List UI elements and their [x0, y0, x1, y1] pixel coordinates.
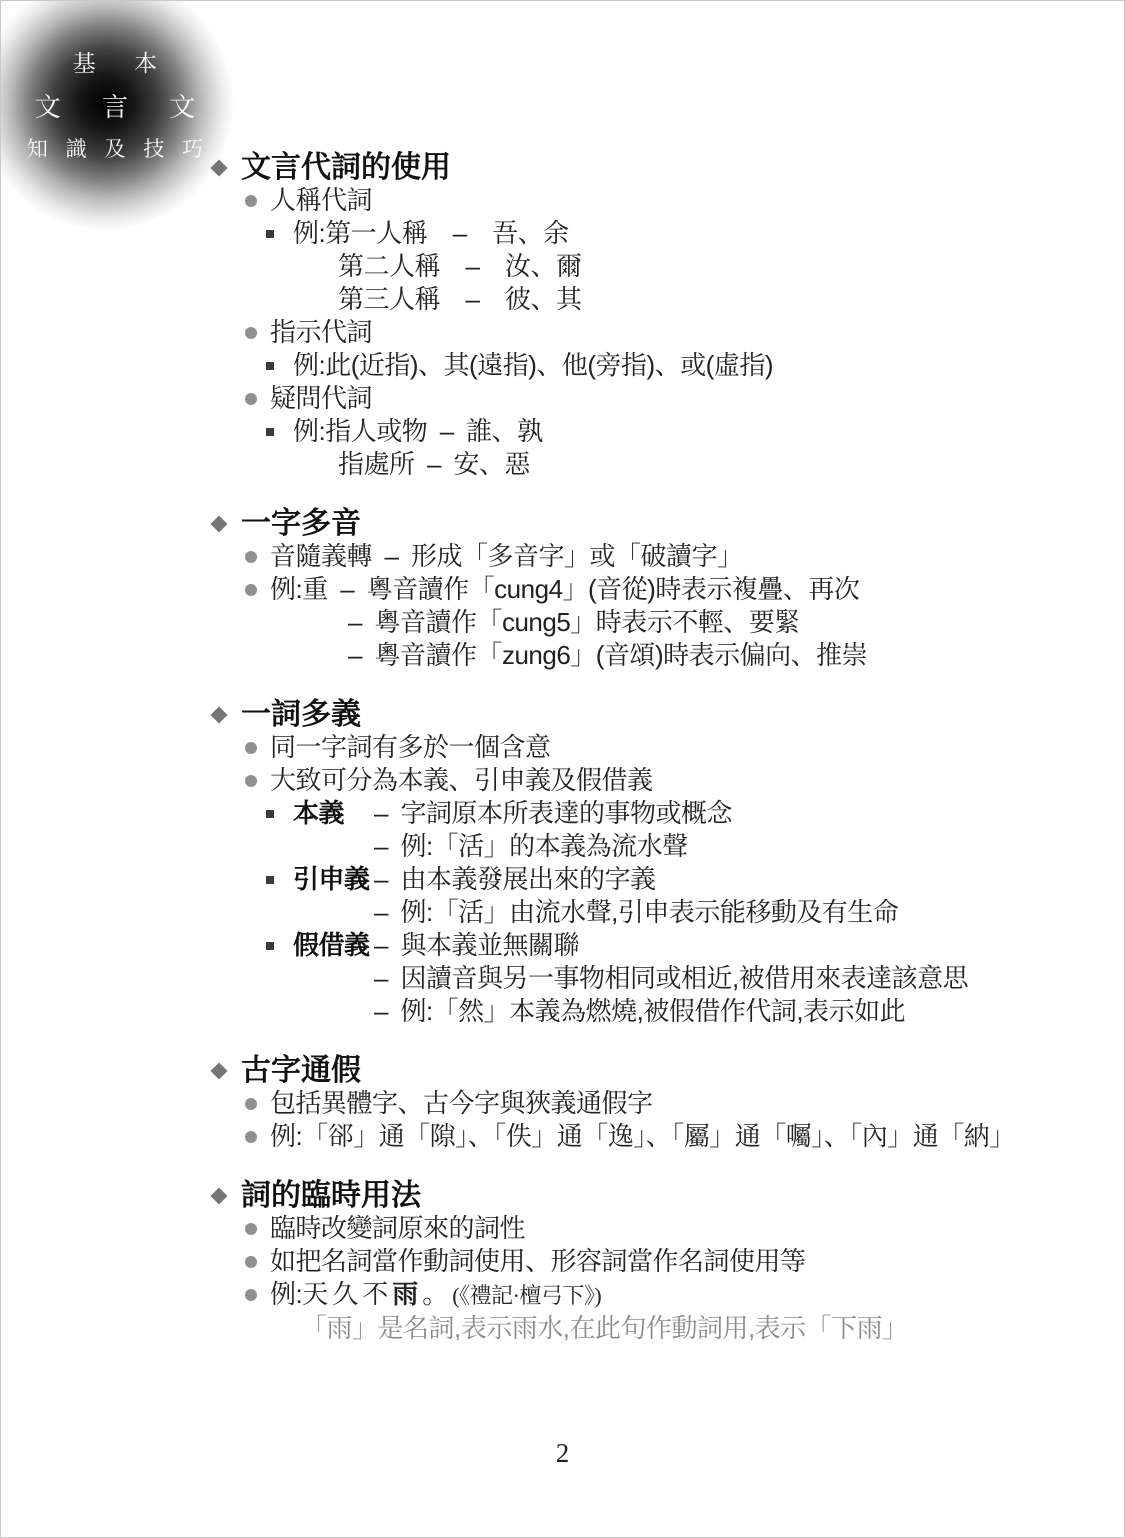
circle-bullet-icon [245, 1278, 270, 1311]
line-text: – 例:「然」本義為燃燒,被假借作代詞,表示如此 [374, 995, 905, 1028]
text-part: 雨 [392, 1280, 422, 1309]
line-text: 一字多音 [241, 507, 361, 540]
outline-item: 例:重 – 粵音讀作「cung4」(音從)時表示複疊、再次 [211, 573, 1015, 606]
text-part: 例: [270, 1279, 302, 1309]
diamond-bullet-icon [213, 698, 241, 731]
line-text: 指示代詞 [270, 316, 372, 349]
diamond-bullet-icon [213, 151, 241, 184]
document-page: 基 本 文 言 文 知 識 及 技 巧 文言代詞的使用人稱代詞例:第一人稱 – … [0, 0, 1125, 1538]
circle-bullet-icon [245, 382, 270, 415]
term-label: 引申義 [293, 863, 374, 896]
square-bullet-icon [266, 797, 293, 830]
circle-bullet-icon [245, 1245, 270, 1278]
outline-item: 例:天久不雨。(《禮記·檀弓下》) [211, 1278, 1015, 1312]
outline-content: 文言代詞的使用人稱代詞例:第一人稱 – 吾、余第二人稱 – 汝、爾第三人稱 – … [211, 151, 1015, 1371]
logo-title-line: 文 言 文 [18, 87, 212, 124]
line-text: 同一字詞有多於一個含意 [270, 731, 551, 764]
line-text: 如把名詞當作動詞使用、形容詞當作名詞使用等 [270, 1245, 806, 1278]
line-text: – 由本義發展出來的字義 [374, 863, 655, 896]
line-text: – 例:「活」的本義為流水聲 [374, 830, 688, 863]
outline-term-item: 假借義– 與本義並無關聯 [211, 929, 1015, 962]
line-text: 第三人稱 – 彼、其 [338, 283, 581, 316]
text-part: 天久不 [302, 1280, 392, 1309]
line-text: – 例:「活」由流水聲,引申表示能移動及有生命 [374, 896, 898, 929]
circle-bullet-icon [245, 1212, 270, 1245]
outline-item: 指示代詞 [211, 316, 1015, 349]
outline-item: 包括異體字、古今字與狹義通假字 [211, 1087, 1015, 1120]
circle-bullet-icon [245, 184, 270, 217]
outline-heading: 古字通假 [211, 1054, 1015, 1087]
square-bullet-icon [266, 349, 293, 382]
text-part: 。 [422, 1280, 452, 1309]
line-text: – 因讀音與另一事物相同或相近,被借用來表達該意思 [374, 962, 980, 995]
outline-continuation: 第三人稱 – 彼、其 [338, 283, 1015, 316]
line-text: 詞的臨時用法 [241, 1179, 421, 1212]
outline-item: 疑問代詞 [211, 382, 1015, 415]
outline-continuation: – 粵音讀作「cung5」時表示不輕、要緊 [348, 606, 1015, 639]
line-text: 古字通假 [241, 1054, 361, 1087]
outline-continuation: – 粵音讀作「zung6」(音頌)時表示偏向、推崇 [348, 639, 1015, 672]
outline-section: 詞的臨時用法臨時改變詞原來的詞性如把名詞當作動詞使用、形容詞當作名詞使用等例:天… [211, 1179, 1015, 1345]
circle-bullet-icon [245, 316, 270, 349]
line-text: 文言代詞的使用 [241, 151, 451, 184]
logo-title-line: 知 識 及 技 巧 [21, 133, 209, 163]
term-label: 假借義 [293, 929, 374, 962]
line-text: 第二人稱 – 汝、爾 [338, 250, 581, 283]
circle-bullet-icon [245, 1087, 270, 1120]
line-text: 人稱代詞 [270, 184, 372, 217]
circle-bullet-icon [245, 540, 270, 573]
line-text: 「雨」是名詞,表示雨水,在此句作動詞用,表示「下雨」 [301, 1312, 908, 1345]
line-text: 指處所 – 安、惡 [338, 448, 530, 481]
circle-bullet-icon [245, 1120, 270, 1153]
line-text: 例:第一人稱 – 吾、余 [293, 217, 569, 250]
line-text: – 與本義並無關聯 [374, 929, 579, 962]
line-text: 大致可分為本義、引申義及假借義 [270, 764, 653, 797]
logo-title-line: 基 本 [57, 45, 173, 78]
outline-item: 如把名詞當作動詞使用、形容詞當作名詞使用等 [211, 1245, 1015, 1278]
outline-continuation: – 例:「活」由流水聲,引申表示能移動及有生命 [374, 896, 1015, 929]
outline-continuation: – 例:「然」本義為燃燒,被假借作代詞,表示如此 [374, 995, 1015, 1028]
outline-example: 例:指人或物 – 誰、孰 [211, 415, 1015, 448]
square-bullet-icon [266, 217, 293, 250]
outline-section: 一詞多義同一字詞有多於一個含意大致可分為本義、引申義及假借義本義– 字詞原本所表… [211, 698, 1015, 1028]
outline-item: 大致可分為本義、引申義及假借義 [211, 764, 1015, 797]
line-text: 例:天久不雨。(《禮記·檀弓下》) [270, 1278, 601, 1312]
diamond-bullet-icon [213, 1054, 241, 1087]
outline-example: 例:第一人稱 – 吾、余 [211, 217, 1015, 250]
outline-continuation: 第二人稱 – 汝、爾 [338, 250, 1015, 283]
outline-term-item: 引申義– 由本義發展出來的字義 [211, 863, 1015, 896]
outline-item: 同一字詞有多於一個含意 [211, 731, 1015, 764]
circle-bullet-icon [245, 764, 270, 797]
line-text: – 字詞原本所表達的事物或概念 [374, 797, 732, 830]
outline-note: 「雨」是名詞,表示雨水,在此句作動詞用,表示「下雨」 [301, 1312, 1015, 1345]
line-text: 一詞多義 [241, 698, 361, 731]
diamond-bullet-icon [213, 507, 241, 540]
outline-heading: 文言代詞的使用 [211, 151, 1015, 184]
term-label: 本義 [293, 797, 374, 830]
circle-bullet-icon [245, 731, 270, 764]
square-bullet-icon [266, 863, 293, 896]
outline-item: 臨時改變詞原來的詞性 [211, 1212, 1015, 1245]
outline-term-item: 本義– 字詞原本所表達的事物或概念 [211, 797, 1015, 830]
line-text: – 粵音讀作「zung6」(音頌)時表示偏向、推崇 [348, 639, 867, 672]
outline-section: 古字通假包括異體字、古今字與狹義通假字例:「郤」通「隙」、「佚」通「逸」、「屬」… [211, 1054, 1015, 1153]
diamond-bullet-icon [213, 1179, 241, 1212]
line-text: 例:指人或物 – 誰、孰 [293, 415, 543, 448]
outline-item: 音隨義轉 – 形成「多音字」或「破讀字」 [211, 540, 1015, 573]
outline-example: 例:此(近指)、其(遠指)、他(旁指)、或(虛指) [211, 349, 1015, 382]
square-bullet-icon [266, 929, 293, 962]
line-text: 音隨義轉 – 形成「多音字」或「破讀字」 [270, 540, 742, 573]
line-text: – 粵音讀作「cung5」時表示不輕、要緊 [348, 606, 800, 639]
outline-item: 人稱代詞 [211, 184, 1015, 217]
line-text: 例:重 – 粵音讀作「cung4」(音從)時表示複疊、再次 [270, 573, 859, 606]
text-part: (《禮記·檀弓下》) [452, 1283, 601, 1308]
outline-continuation: – 因讀音與另一事物相同或相近,被借用來表達該意思 [374, 962, 1015, 995]
circle-bullet-icon [245, 573, 270, 606]
outline-continuation: – 例:「活」的本義為流水聲 [374, 830, 1015, 863]
outline-section: 文言代詞的使用人稱代詞例:第一人稱 – 吾、余第二人稱 – 汝、爾第三人稱 – … [211, 151, 1015, 481]
page-number: 2 [1, 1438, 1124, 1469]
outline-continuation: 指處所 – 安、惡 [338, 448, 1015, 481]
line-text: 包括異體字、古今字與狹義通假字 [270, 1087, 653, 1120]
outline-heading: 一字多音 [211, 507, 1015, 540]
course-logo: 基 本 文 言 文 知 識 及 技 巧 [0, 0, 241, 239]
line-text: 例:「郤」通「隙」、「佚」通「逸」、「屬」通「囑」、「內」通「納」 [270, 1120, 1015, 1153]
outline-heading: 一詞多義 [211, 698, 1015, 731]
line-text: 臨時改變詞原來的詞性 [270, 1212, 525, 1245]
line-text: 例:此(近指)、其(遠指)、他(旁指)、或(虛指) [293, 349, 773, 382]
outline-item: 例:「郤」通「隙」、「佚」通「逸」、「屬」通「囑」、「內」通「納」 [211, 1120, 1015, 1153]
outline-heading: 詞的臨時用法 [211, 1179, 1015, 1212]
line-text: 疑問代詞 [270, 382, 372, 415]
square-bullet-icon [266, 415, 293, 448]
outline-section: 一字多音音隨義轉 – 形成「多音字」或「破讀字」例:重 – 粵音讀作「cung4… [211, 507, 1015, 672]
